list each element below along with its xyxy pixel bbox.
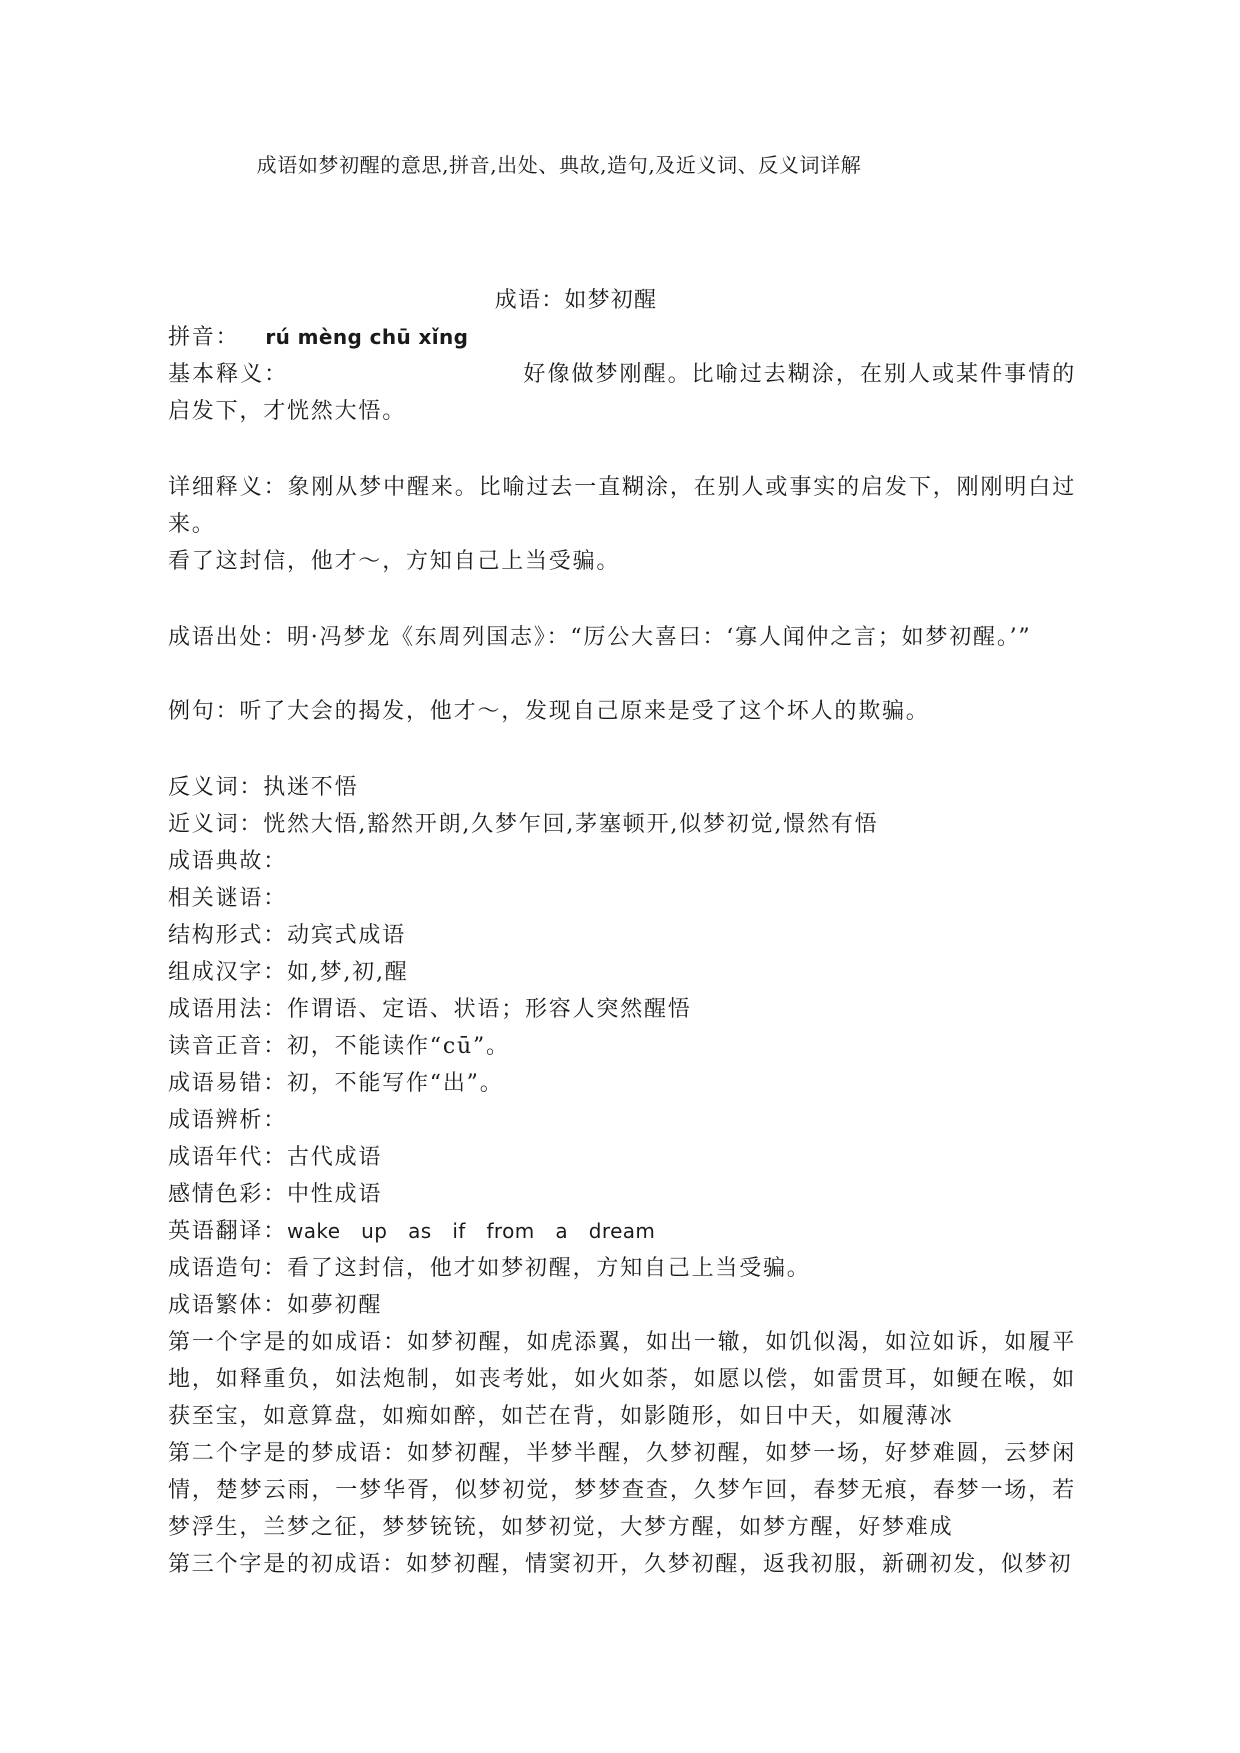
characters-row: 组成汉字：如,梦,初,醒 — [168, 954, 1076, 991]
pinyin-value: rú mèng chū xǐng — [265, 325, 468, 349]
basic-definition-row: 基本释义：好像做梦刚醒。比喻过去糊涂，在别人或某件事情的启发下，才恍然大悟。 — [168, 356, 1076, 430]
sentence-making-row: 成语造句：看了这封信，他才如梦初醒，方知自己上当受骗。 — [168, 1250, 1076, 1287]
english-translation-label: 英语翻译： — [168, 1219, 287, 1244]
discrimination-row: 成语辨析： — [168, 1102, 1076, 1139]
allusion-row: 成语典故： — [168, 843, 1076, 880]
third-char-idioms: 第三个字是的初成语：如梦初醒，情窦初开，久梦初醒，返我初服，新硎初发，似梦初 — [168, 1546, 1076, 1583]
synonyms-row: 近义词：恍然大悟,豁然开朗,久梦乍回,茅塞顿开,似梦初觉,憬然有悟 — [168, 806, 1076, 843]
document-page: 成语如梦初醒的意思,拼音,出处、典故,造句,及近义词、反义词详解 成语：如梦初醒… — [0, 0, 1240, 1753]
english-translation-value: wake up as if from a dream — [287, 1219, 655, 1243]
second-char-idioms: 第二个字是的梦成语：如梦初醒，半梦半醒，久梦初醒，如梦一场，好梦难圆，云梦闲情，… — [168, 1435, 1076, 1546]
detailed-definition-example: 看了这封信，他才～，方知自己上当受骗。 — [168, 543, 1076, 580]
basic-definition-label: 基本释义： — [168, 362, 288, 387]
pinyin-row: 拼音：rú mèng chū xǐng — [168, 319, 1076, 356]
page-title: 成语如梦初醒的意思,拼音,出处、典故,造句,及近义词、反义词详解 — [168, 147, 1076, 184]
sentiment-row: 感情色彩：中性成语 — [168, 1176, 1076, 1213]
english-translation-row: 英语翻译：wake up as if from a dream — [168, 1213, 1076, 1250]
era-row: 成语年代：古代成语 — [168, 1139, 1076, 1176]
pinyin-label: 拼音： — [168, 325, 239, 350]
example-sentence: 例句：听了大会的揭发，他才～，发现自己原来是受了这个坏人的欺骗。 — [168, 693, 1076, 730]
riddles-row: 相关谜语： — [168, 880, 1076, 917]
detailed-definition: 详细释义：象刚从梦中醒来。比喻过去一直糊涂，在别人或事实的启发下，刚刚明白过来。 — [168, 469, 1076, 543]
first-char-idioms: 第一个字是的如成语：如梦初醒，如虎添翼，如出一辙，如饥似渴，如泣如诉，如履平地，… — [168, 1324, 1076, 1435]
usage-row: 成语用法：作谓语、定语、状语；形容人突然醒悟 — [168, 991, 1076, 1028]
traditional-row: 成语繁体：如夢初醒 — [168, 1287, 1076, 1324]
writing-note-row: 成语易错：初，不能写作“出”。 — [168, 1065, 1076, 1102]
idiom-source: 成语出处：明·冯梦龙《东周列国志》：“厉公大喜曰：‘寡人闻仲之言；如梦初醒。’” — [168, 619, 1076, 656]
idiom-heading: 成语：如梦初醒 — [168, 282, 1076, 319]
antonyms-row: 反义词：执迷不悟 — [168, 769, 1076, 806]
structure-row: 结构形式：动宾式成语 — [168, 917, 1076, 954]
pronunciation-note-row: 读音正音：初，不能读作“cū”。 — [168, 1028, 1076, 1065]
basic-definition-value: 好像做梦刚醒。比喻过去糊涂，在别人或某件事情的启发下，才恍然大悟。 — [168, 362, 1076, 424]
